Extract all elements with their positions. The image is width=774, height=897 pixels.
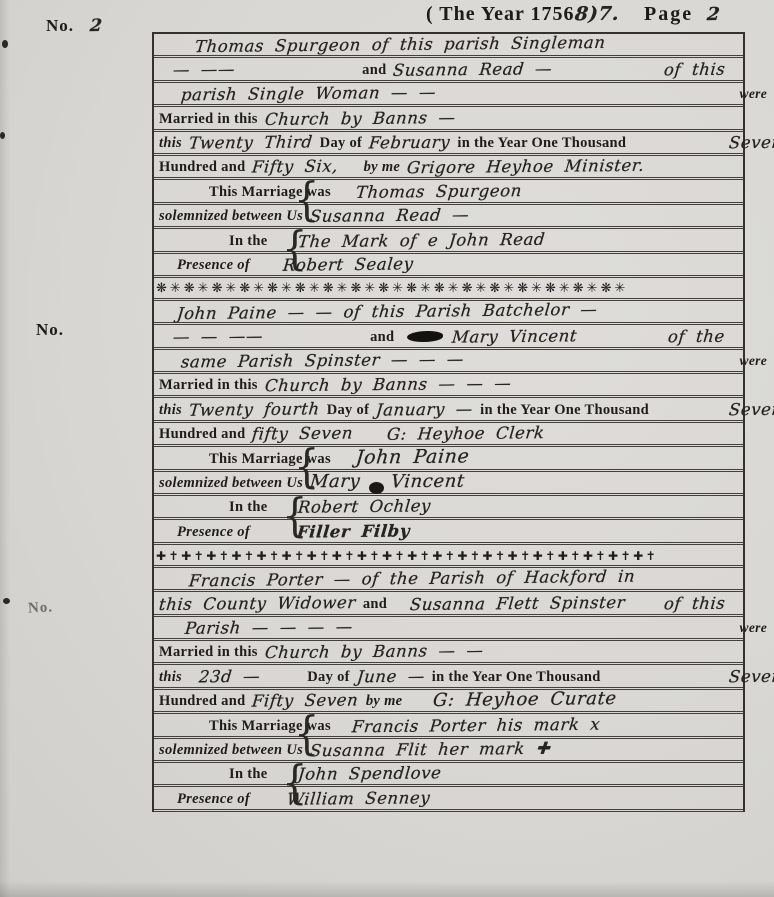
day-of-label: Day of bbox=[307, 669, 349, 686]
by-me-label: by me bbox=[366, 693, 403, 710]
presence-of-label: Presence of bbox=[177, 257, 250, 274]
brace: { bbox=[294, 440, 319, 495]
bride-name: Mary Vincent bbox=[451, 326, 578, 346]
filler-dashes: — — —— bbox=[172, 326, 264, 346]
groom-signature: Thomas Spurgeon bbox=[355, 181, 523, 202]
witness2-name: William Senney bbox=[286, 788, 431, 809]
bride-signature: Susanna Flit her mark ✚ bbox=[309, 739, 551, 761]
page-header-number: Page2 bbox=[644, 3, 720, 26]
hundred-label: Hundred and bbox=[159, 159, 245, 176]
married-by: Church by Banns — — bbox=[264, 641, 484, 662]
bride-tail: of this bbox=[663, 593, 726, 613]
entry3-date-line: this 23d — Day of June — in the Year One… bbox=[154, 665, 743, 689]
entry2-date-line: this Twenty fourth Day of January — in t… bbox=[154, 398, 743, 422]
entry1-groom-line: Thomas Spurgeon of this parish Singleman bbox=[154, 34, 743, 58]
brace: { bbox=[282, 755, 307, 810]
entry2-bride-signature-line: solemnized between Us Mary Vincent bbox=[154, 472, 743, 496]
bride-signature-surname: Vincent bbox=[390, 471, 466, 493]
officiant-name: Grigore Heyhoe Minister. bbox=[406, 156, 645, 178]
in-the-label: In the bbox=[229, 499, 267, 516]
entry1-bride-signature-line: solemnized between Us Susanna Read — bbox=[154, 205, 743, 229]
officiant-name: G: Heyhoe Curate bbox=[432, 688, 618, 711]
were-label: were bbox=[740, 86, 767, 102]
page-label: Page bbox=[644, 3, 693, 25]
scan-speck bbox=[2, 40, 8, 48]
witness1-name: Robert Ochley bbox=[298, 497, 433, 517]
married-label: Married in this bbox=[159, 644, 258, 661]
entry1-date-line: this Twenty Third Day of February in the… bbox=[154, 132, 743, 156]
were-label: were bbox=[740, 620, 767, 636]
entry3-witness1-line: In the { John Spendlove bbox=[154, 763, 743, 787]
groom-status: this County Widower bbox=[158, 593, 357, 614]
groom-name: Thomas Spurgeon of this parish Singleman bbox=[194, 33, 606, 56]
entry1-bride-line: — —— and Susanna Read — of this bbox=[154, 58, 743, 82]
bride-signature: Susanna Read — bbox=[309, 205, 470, 226]
presence-of-label: Presence of bbox=[177, 791, 250, 808]
day-value: Twenty fourth bbox=[188, 399, 321, 419]
no-label: No. bbox=[46, 16, 74, 35]
entry1-witness1-line: In the { The Mark of e John Read bbox=[154, 229, 743, 253]
in-the-label: In the bbox=[229, 766, 267, 783]
bride-tail: of this bbox=[663, 59, 726, 79]
page-number-handwritten: 2 bbox=[706, 4, 721, 25]
entry1-groom-signature-line: This Marriage was { Thomas Spurgeon bbox=[154, 180, 743, 204]
entry2-married-line: Married in this Church by Banns — — — bbox=[154, 374, 743, 398]
day-of-label: Day of bbox=[327, 402, 369, 419]
officiant-name: G: Heyhoe Clerk bbox=[386, 423, 545, 444]
witness1-name: John Spendlove bbox=[298, 764, 443, 785]
year-word-overflow: Seven bbox=[728, 400, 774, 420]
witness1-name: The Mark of e John Read bbox=[298, 229, 547, 251]
entry3-bride-line: this County Widower and Susanna Flett Sp… bbox=[154, 592, 743, 616]
parish-status: Parish — — — — bbox=[184, 617, 354, 638]
parish-status: same Parish Spinster — — — bbox=[180, 350, 465, 372]
and-label: and bbox=[362, 62, 386, 79]
bride-name: Susanna Read — bbox=[393, 59, 554, 80]
bride-name: Susanna Flett Spinster bbox=[409, 592, 626, 613]
ornament-separator-2: ✚✝✚✝✚✝✚✝✚✝✚✝✚✝✚✝✚✝✚✝✚✝✚✝✚✝✚✝✚✝✚✝✚✝✚✝✚✝✚✝ bbox=[154, 545, 743, 568]
entry3-groom-signature-line: This Marriage was { Francis Porter his m… bbox=[154, 714, 743, 738]
entry1-year-line: Hundred and Fifty Six, by me Grigore Hey… bbox=[154, 156, 743, 180]
married-label: Married in this bbox=[159, 111, 258, 128]
ornament-separator-1: ❋✳❋✳❋✳❋✳❋✳❋✳❋✳❋✳❋✳❋✳❋✳❋✳❋✳❋✳❋✳❋✳❋✳ bbox=[154, 278, 743, 301]
groom-name: John Paine — — of this Parish Batchelor … bbox=[176, 300, 598, 323]
month-value: January — bbox=[375, 399, 474, 419]
entry3-bride-signature-line: solemnized between Us Susanna Flit her m… bbox=[154, 739, 743, 763]
year-label: in the Year One Thousand bbox=[457, 135, 626, 152]
entry3-parish-line: Parish — — — — were bbox=[154, 617, 743, 641]
scan-speck bbox=[0, 132, 5, 139]
ink-blot bbox=[407, 331, 443, 342]
entry2-year-line: Hundred and fifty Seven G: Heyhoe Clerk bbox=[154, 423, 743, 447]
hundred-label: Hundred and bbox=[159, 426, 245, 443]
this-label: this bbox=[159, 135, 182, 152]
marriage-register-table: Thomas Spurgeon of this parish Singleman… bbox=[152, 32, 745, 812]
entry3-groom-line: Francis Porter — of the Parish of Hackfo… bbox=[154, 568, 743, 592]
married-by: Church by Banns — — — bbox=[264, 374, 512, 396]
month-value: February bbox=[368, 133, 451, 153]
this-label: this bbox=[159, 669, 182, 686]
brace: { bbox=[294, 173, 319, 228]
entry3-married-line: Married in this Church by Banns — — bbox=[154, 641, 743, 665]
entry3-witness2-line: Presence of William Senney bbox=[154, 787, 743, 811]
month-value: June — bbox=[356, 666, 426, 686]
scan-speck bbox=[3, 598, 10, 604]
no-label: No. bbox=[36, 320, 64, 339]
entry3-year-line: Hundred and Fifty Seven by me G: Heyhoe … bbox=[154, 690, 743, 714]
bottom-edge-shade bbox=[0, 881, 774, 897]
were-label: were bbox=[740, 353, 767, 369]
entry1-parish-line: parish Single Woman — — were bbox=[154, 83, 743, 107]
brace: { bbox=[282, 222, 307, 277]
no-label: No. bbox=[28, 599, 54, 616]
entry2-groom-line: John Paine — — of this Parish Batchelor … bbox=[154, 301, 743, 325]
day-value: Twenty Third bbox=[188, 132, 313, 152]
register-page-scan: ( The Year 17568)7. Page2 No.2 No. No. T… bbox=[0, 0, 774, 897]
entry1-married-line: Married in this Church by Banns — bbox=[154, 107, 743, 131]
and-label: and bbox=[370, 329, 394, 346]
entry1-witness2-line: Presence of Robert Sealey bbox=[154, 254, 743, 278]
day-value: 23d — bbox=[198, 666, 261, 686]
brace: { bbox=[294, 707, 319, 762]
and-label: and bbox=[363, 596, 387, 613]
bride-tail: of the bbox=[667, 326, 726, 346]
ink-blot bbox=[369, 482, 384, 494]
entry3-no-label: No. bbox=[28, 599, 54, 617]
entry2-groom-signature-line: This Marriage was { John Paine bbox=[154, 447, 743, 471]
witness2-name: Filler Filby bbox=[296, 521, 411, 541]
in-the-label: In the bbox=[229, 233, 267, 250]
entry2-parish-line: same Parish Spinster — — — were bbox=[154, 350, 743, 374]
entry1-no-label: No.2 bbox=[46, 16, 102, 36]
year-label: in the Year One Thousand bbox=[480, 402, 649, 419]
groom-signature: John Paine bbox=[355, 445, 470, 468]
year-printed: ( The Year 1756 bbox=[426, 3, 575, 25]
by-me-label: by me bbox=[364, 159, 401, 176]
married-by: Church by Banns — bbox=[264, 108, 456, 129]
year-word-overflow: Seven bbox=[728, 666, 774, 686]
married-label: Married in this bbox=[159, 377, 258, 394]
hundred-label: Hundred and bbox=[159, 693, 245, 710]
entry2-bride-line: — — —— and Mary Vincent of the bbox=[154, 325, 743, 349]
page-header-year: ( The Year 17568)7. bbox=[426, 3, 619, 26]
presence-of-label: Presence of bbox=[177, 524, 250, 541]
year-word-overflow: Seven bbox=[728, 133, 774, 153]
entry-number: 2 bbox=[89, 16, 103, 36]
year-handwritten-overwrite: 8)7. bbox=[573, 3, 620, 25]
groom-name: Francis Porter — of the Parish of Hackfo… bbox=[188, 567, 636, 591]
entry2-witness1-line: In the { Robert Ochley bbox=[154, 496, 743, 520]
brace: { bbox=[282, 488, 307, 543]
this-label: this bbox=[159, 402, 182, 419]
entry2-no-label: No. bbox=[36, 320, 64, 340]
filler-dashes: — —— bbox=[172, 59, 236, 79]
entry2-witness2-line: Presence of Filler Filby bbox=[154, 520, 743, 544]
parish-status: parish Single Woman — — bbox=[180, 83, 437, 105]
year-label: in the Year One Thousand bbox=[432, 669, 601, 686]
groom-signature: Francis Porter his mark x bbox=[351, 714, 601, 736]
day-of-label: Day of bbox=[320, 135, 362, 152]
